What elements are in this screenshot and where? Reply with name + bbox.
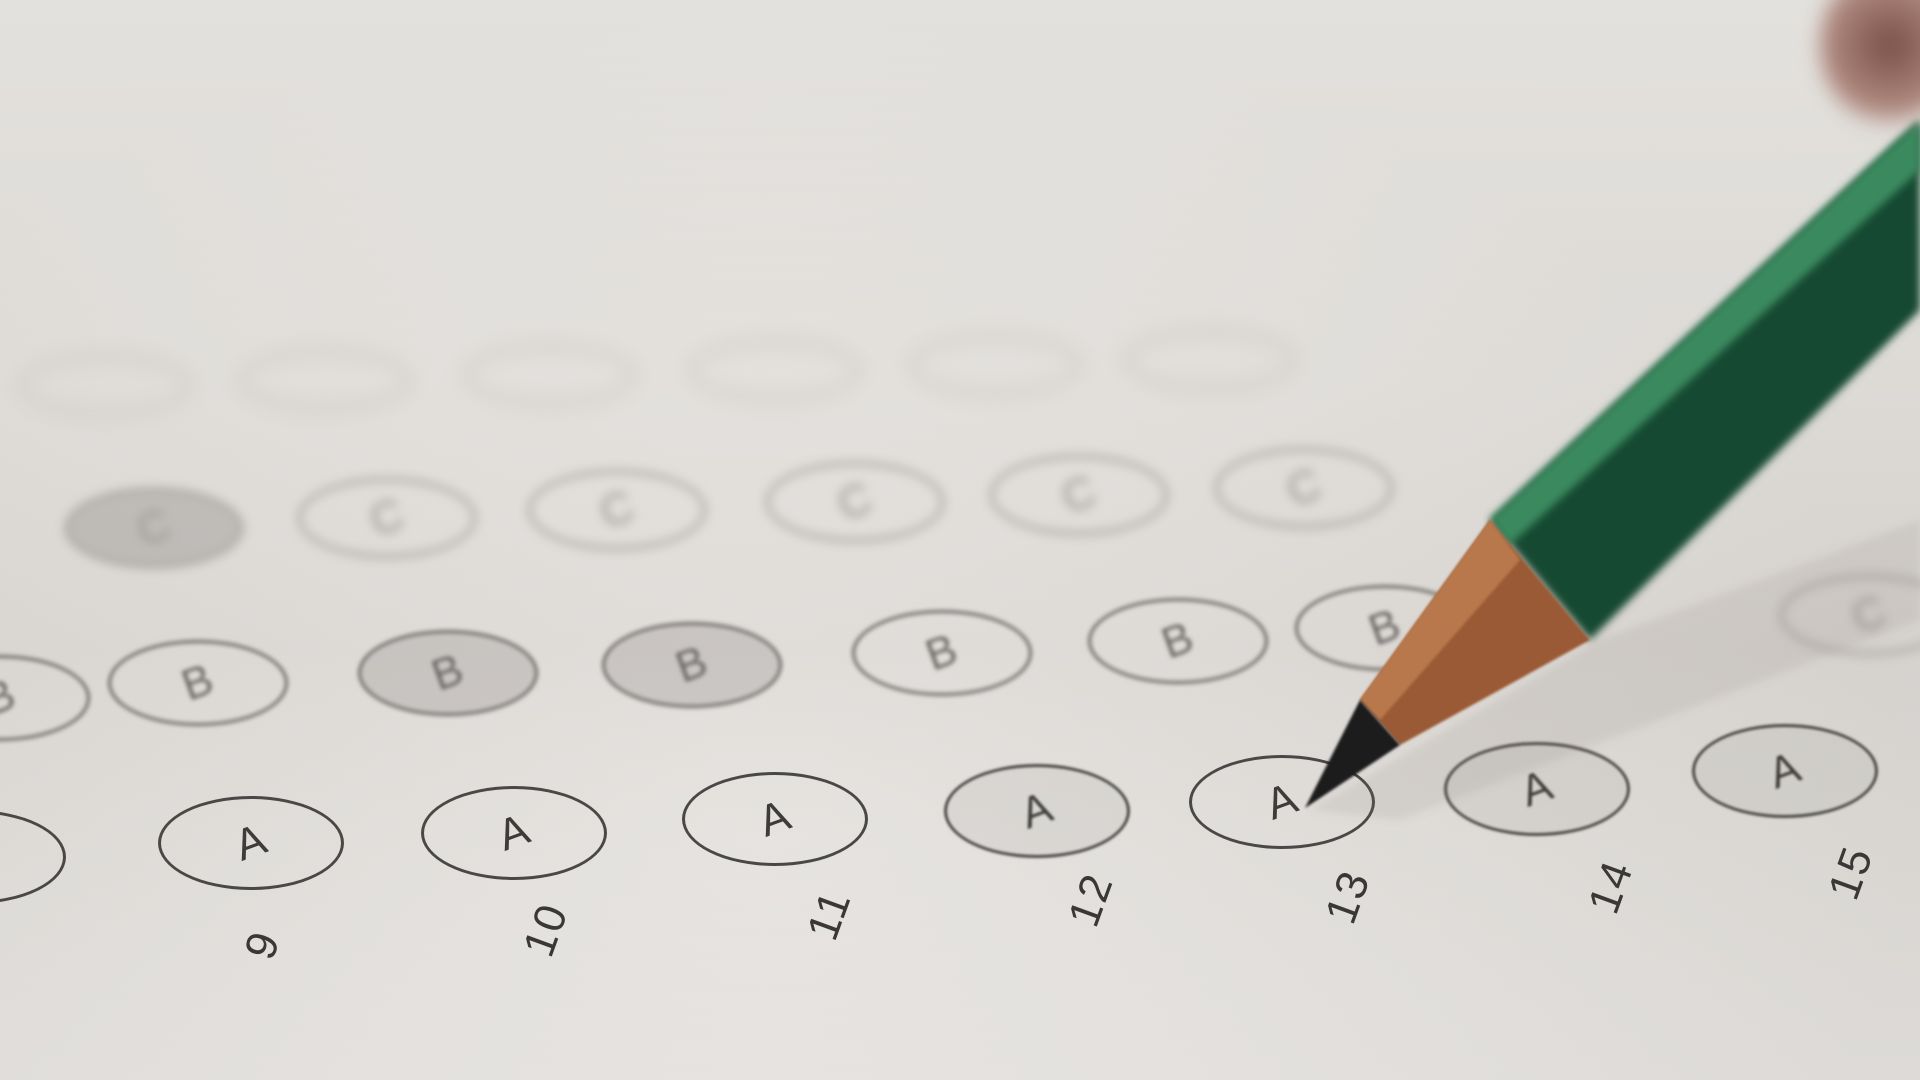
pencil-icon (0, 0, 1920, 1080)
photo-scene: C C C C C C C B B B B B B B A A A A A A … (0, 0, 1920, 1080)
